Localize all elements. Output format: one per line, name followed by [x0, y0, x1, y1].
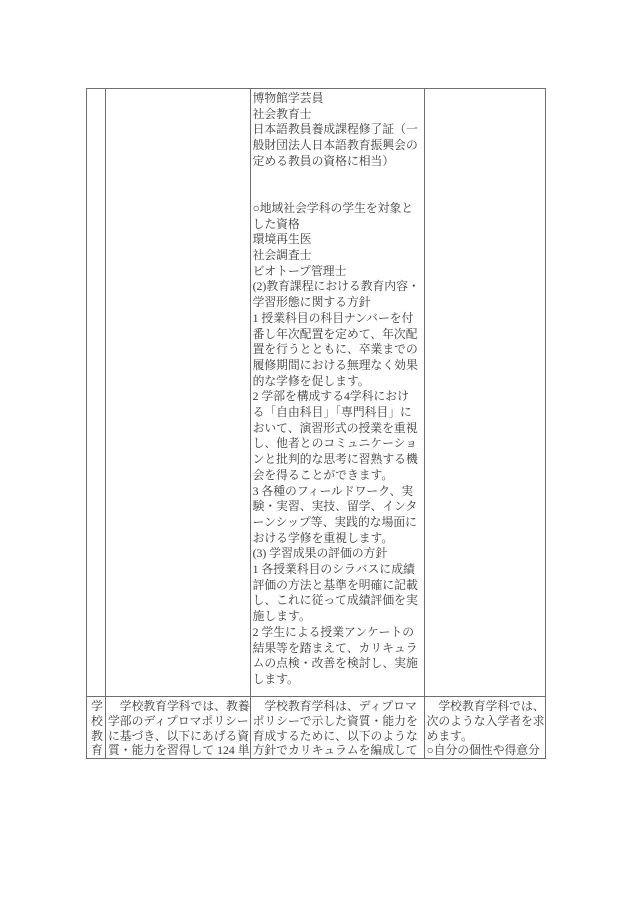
text-line: 博物館学芸員 — [253, 91, 424, 107]
text-line: る「自由科目」「専門科目」に — [253, 405, 424, 421]
text-line: 社会調査士 — [253, 248, 424, 264]
text-line: 学部のディプロマポリシー — [108, 714, 250, 729]
text-line: します。 — [253, 672, 424, 688]
text-line: ンと批判的な思考に習熟する機 — [253, 452, 424, 468]
text-line: おいて、演習形式の授業を重視 — [253, 421, 424, 437]
text-line: し、他者とのコミュニケーショ — [253, 436, 424, 452]
text-line: 次のような入学者を求 — [427, 714, 545, 729]
text-line: 校 — [89, 714, 105, 729]
curriculum-policy-cell: 学校教育学科は、ディプロマポリシーで示した資質・能力を育成するために、以下のよう… — [250, 697, 424, 759]
text-line: 的な学修を促します。 — [253, 374, 424, 390]
text-line — [253, 170, 424, 186]
text-line: 学 — [89, 699, 105, 714]
text-line: 学校教育学科では、 — [427, 699, 545, 714]
document-page: 博物館学芸員社会教育士日本語教員養成課程修了証（一般財団法人日本語教育振興会の定… — [0, 0, 630, 903]
text-line: ○自分の個性や得意分 — [427, 743, 545, 758]
text-line: 評価の方法と基準を明確に記載 — [253, 578, 424, 594]
text-line: 学校教育学科は、ディプロマ — [253, 699, 424, 714]
diploma-policy-cell-empty — [106, 89, 251, 697]
text-line: 施します。 — [253, 609, 424, 625]
diploma-policy-cell: 学校教育学科では、教養学部のディプロマポリシーに基づき、以下にあげる資質・能力を… — [106, 697, 251, 759]
text-line: ビオトープ管理士 — [253, 264, 424, 280]
table-row-continued: 博物館学芸員社会教育士日本語教員養成課程修了証（一般財団法人日本語教育振興会の定… — [87, 89, 546, 697]
text-line: ○地域社会学科の学生を対象と — [253, 201, 424, 217]
text-line: 2 学生による授業アンケートの — [253, 625, 424, 641]
text-line: 社会教育士 — [253, 107, 424, 123]
text-line: 験・実習、実技、留学、インタ — [253, 499, 424, 515]
admission-policy-cell-empty — [424, 89, 545, 697]
text-line: 質・能力を習得して 124 単 — [108, 743, 250, 758]
text-line: 番し年次配置を定めて、年次配 — [253, 327, 424, 343]
text-line: (2)教育課程における教育内容・ — [253, 279, 424, 295]
text-line: 履修期間における無理なく効果 — [253, 358, 424, 374]
text-line: 学習形態に関する方針 — [253, 295, 424, 311]
text-line: めます。 — [427, 729, 545, 744]
text-line: (3) 学習成果の評価の方針 — [253, 546, 424, 562]
policy-table: 博物館学芸員社会教育士日本語教員養成課程修了証（一般財団法人日本語教育振興会の定… — [86, 88, 546, 759]
text-line: 方針でカリキュラムを編成して — [253, 743, 424, 758]
text-line: 会を得ることができます。 — [253, 468, 424, 484]
text-line: し、これに従って成績評価を実 — [253, 593, 424, 609]
text-line: 育 — [89, 743, 105, 758]
text-line: 置を行うとともに、卒業までの — [253, 342, 424, 358]
table-row-school-education: 学校教育 学校教育学科では、教養学部のディプロマポリシーに基づき、以下にあげる資… — [87, 697, 546, 759]
text-line: ムの点検・改善を検討し、実施 — [253, 656, 424, 672]
admission-policy-cell: 学校教育学科では、次のような入学者を求めます。○自分の個性や得意分 — [424, 697, 545, 759]
text-line: ポリシーで示した資質・能力を — [253, 714, 424, 729]
text-line: 定める教員の資格に相当） — [253, 154, 424, 170]
text-line: 1 授業科目の科目ナンバーを付 — [253, 311, 424, 327]
text-line: に基づき、以下にあげる資 — [108, 729, 250, 744]
text-line: 教 — [89, 729, 105, 744]
text-line: おける学修を重視します。 — [253, 531, 424, 547]
text-line: 1 各授業科目のシラバスに成績 — [253, 562, 424, 578]
curriculum-policy-cell: 博物館学芸員社会教育士日本語教員養成課程修了証（一般財団法人日本語教育振興会の定… — [250, 89, 424, 697]
text-line — [253, 185, 424, 201]
text-line: した資格 — [253, 217, 424, 233]
text-line: ーンシップ等、実践的な場面に — [253, 515, 424, 531]
category-cell-empty — [87, 89, 106, 697]
text-line: 学校教育学科では、教養 — [108, 699, 250, 714]
text-line: 般財団法人日本語教育振興会の — [253, 138, 424, 154]
text-line: 環境再生医 — [253, 232, 424, 248]
text-line: 3 各種のフィールドワーク、実 — [253, 484, 424, 500]
text-line: 育成するために、以下のような — [253, 729, 424, 744]
category-cell-school-education: 学校教育 — [87, 697, 106, 759]
text-line: 結果等を踏まえて、カリキュラ — [253, 641, 424, 657]
text-line: 日本語教員養成課程修了証（一 — [253, 122, 424, 138]
text-line: 2 学部を構成する4学科におけ — [253, 389, 424, 405]
